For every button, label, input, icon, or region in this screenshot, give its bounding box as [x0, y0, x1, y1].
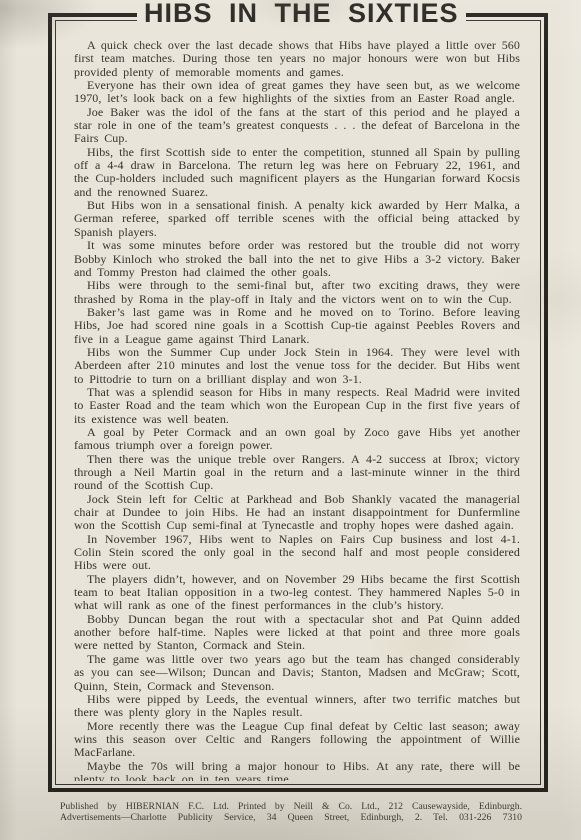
article-paragraph: Hibs were pipped by Leeds, the eventual …	[74, 693, 520, 720]
article-paragraph: A quick check over the last decade shows…	[74, 39, 520, 79]
article-paragraph: Baker’s last game was in Rome and he mov…	[74, 306, 520, 346]
article-paragraph: Then there was the unique treble over Ra…	[74, 453, 520, 493]
programme-page-scan: HIBS IN THE SIXTIES A quick check over t…	[0, 0, 581, 840]
article-paragraph: In November 1967, Hibs went to Naples on…	[74, 533, 520, 573]
article-paragraph: The players didn’t, however, and on Nove…	[74, 573, 520, 613]
article-paragraph: That was a splendid season for Hibs in m…	[74, 386, 520, 426]
article-paragraph: Hibs won the Summer Cup under Jock Stein…	[74, 346, 520, 386]
article-paragraph: Bobby Duncan began the rout with a spect…	[74, 613, 520, 653]
article-paragraph: It was some minutes before order was res…	[74, 239, 520, 279]
imprint-line-2: Advertisements—Charlotte Publicity Servi…	[60, 812, 522, 823]
article-paragraph: Joe Baker was the idol of the fans at th…	[74, 106, 520, 146]
imprint-line-1: Published by HIBERNIAN F.C. Ltd. Printed…	[60, 801, 522, 812]
article-paragraph: Maybe the 70s will bring a major honour …	[74, 760, 520, 781]
imprint: Published by HIBERNIAN F.C. Ltd. Printed…	[60, 801, 522, 824]
article-paragraph: More recently there was the League Cup f…	[74, 720, 520, 760]
article-body: A quick check over the last decade shows…	[74, 39, 520, 781]
article-paragraph: Jock Stein left for Celtic at Parkhead a…	[74, 493, 520, 533]
article-paragraph: Hibs, the first Scottish side to enter t…	[74, 146, 520, 199]
article-paragraph: But Hibs won in a sensational finish. A …	[74, 199, 520, 239]
page-title: HIBS IN THE SIXTIES	[137, 0, 466, 26]
article-paragraph: The game was little over two years ago b…	[74, 653, 520, 693]
article-paragraph: Everyone has their own idea of great gam…	[74, 79, 520, 106]
article-paragraph: Hibs were through to the semi-final but,…	[74, 279, 520, 306]
article-paragraph: A goal by Peter Cormack and an own goal …	[74, 426, 520, 453]
